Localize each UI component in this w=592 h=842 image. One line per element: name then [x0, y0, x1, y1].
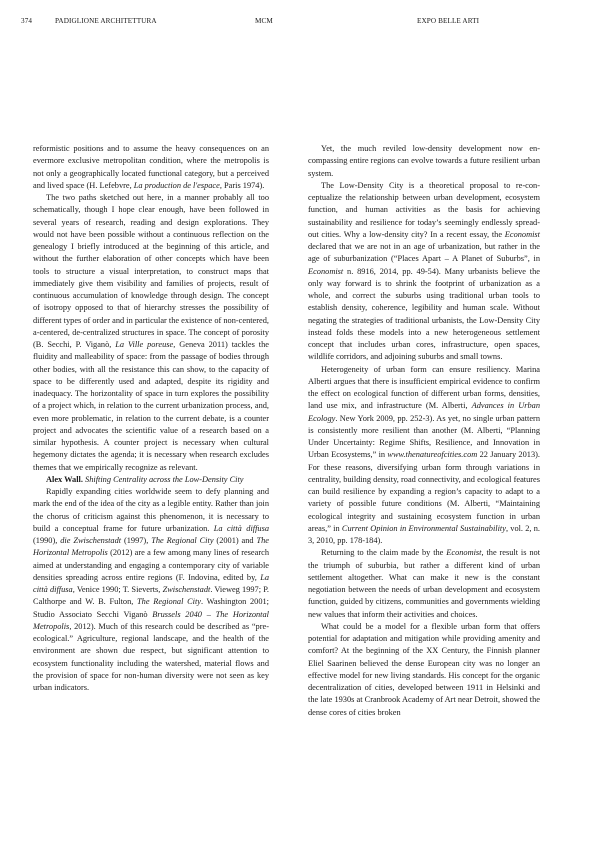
text-run: (2001) and	[214, 536, 257, 545]
italic-text: Economist	[308, 267, 343, 276]
italic-text: die Zwischenstadt	[60, 536, 121, 545]
italic-text: www.thenatureofcities.com	[387, 450, 477, 459]
italic-text: Zwischenstadt	[163, 585, 211, 594]
paragraph: Returning to the claim made by the Econo…	[308, 547, 540, 621]
italic-text: La production de l'espace	[134, 181, 220, 190]
paragraph: What could be a model for a flexible urb…	[308, 621, 540, 719]
paragraph: The two paths sketched out here, in a ma…	[33, 192, 269, 474]
text-run: declared that we are not in an age of ur…	[308, 242, 540, 263]
italic-text: The Regional City	[137, 597, 201, 606]
text-run: (1997),	[121, 536, 151, 545]
italic-text: La Ville poreuse	[115, 340, 173, 349]
italic-text: La città diffusa	[214, 524, 269, 533]
text-run: (1990),	[33, 536, 60, 545]
running-title-center: MCM	[255, 17, 273, 25]
italic-text: Shifting Centrality across the Low-Densi…	[85, 475, 243, 484]
page-number: 374	[21, 17, 32, 25]
text-run: , Geneva 2011) tackles the fluidity and …	[33, 340, 269, 472]
text-run: , the result is not the triumph of subur…	[308, 548, 540, 618]
text-run: Yet, the much reviled low-density develo…	[308, 144, 540, 178]
right-text-column: Yet, the much reviled low-density develo…	[308, 143, 540, 719]
text-run: n. 8916, 2014, pp. 49-54). Many urbanist…	[308, 267, 540, 362]
italic-text: Economist	[446, 548, 481, 557]
left-text-column: reformistic positions and to assume the …	[33, 143, 269, 694]
paragraph: Rapidly expanding cities worldwide seem …	[33, 486, 269, 694]
paragraph: Alex Wall. Shifting Centrality across th…	[33, 474, 269, 486]
text-run: , Venice 1990; T. Sieverts,	[73, 585, 163, 594]
text-run: , Paris 1974).	[220, 181, 265, 190]
running-header: 374 PADIGLIONE ARCHITETTURA MCM EXPO BEL…	[0, 17, 592, 29]
text-run: What could be a model for a flexible urb…	[308, 622, 540, 717]
paragraph: Yet, the much reviled low-density develo…	[308, 143, 540, 180]
text-run: 22 January 2013). For these reasons, div…	[308, 450, 540, 533]
text-run: , 2012). Much of this research could be …	[33, 622, 269, 692]
text-run: Returning to the claim made by the	[321, 548, 446, 557]
text-run: The two paths sketched out here, in a ma…	[33, 193, 269, 349]
paragraph: Heterogeneity of urban form can ensure r…	[308, 364, 540, 548]
bold-text: Alex Wall.	[46, 475, 85, 484]
italic-text: Economist	[505, 230, 540, 239]
running-title-left: PADIGLIONE ARCHITETTURA	[55, 17, 157, 25]
paragraph: The Low-Density City is a theoretical pr…	[308, 180, 540, 364]
italic-text: Current Opinion in Environmental Sustain…	[342, 524, 506, 533]
italic-text: The Regional City	[151, 536, 213, 545]
paragraph: reformistic positions and to assume the …	[33, 143, 269, 192]
running-title-right: EXPO BELLE ARTI	[417, 17, 479, 25]
